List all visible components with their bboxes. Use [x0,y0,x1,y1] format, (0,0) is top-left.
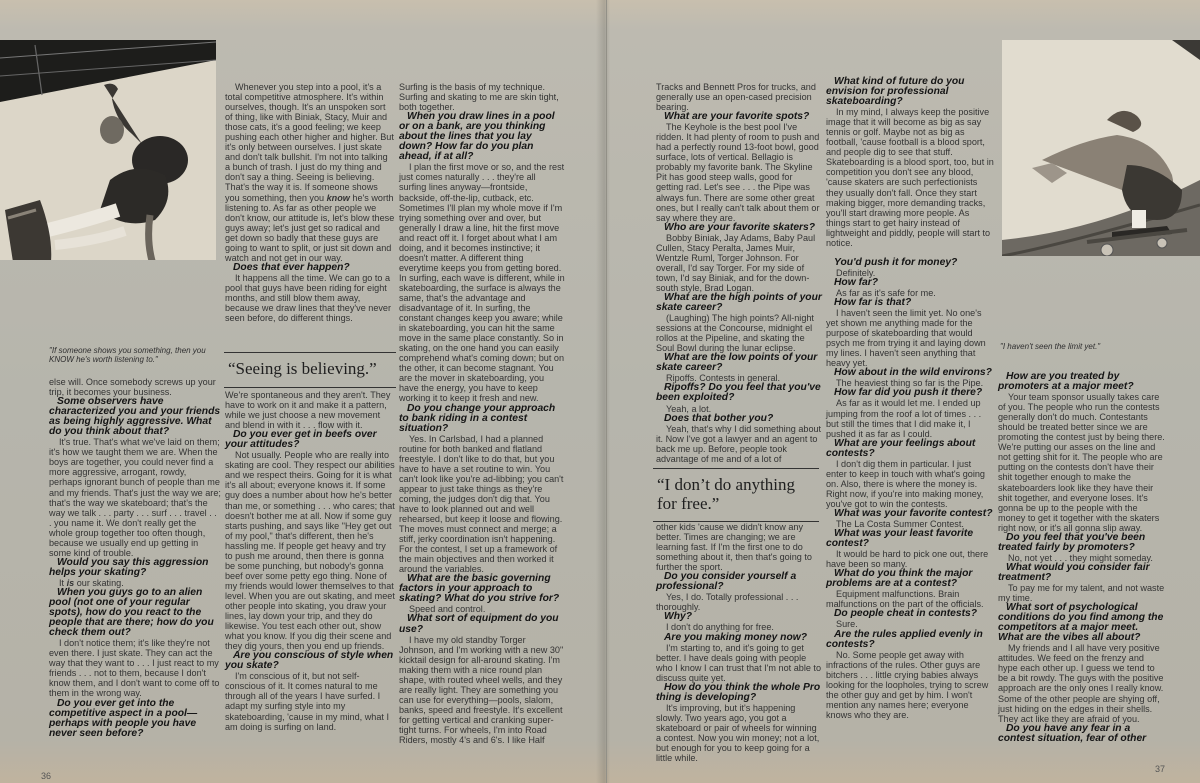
interview-question: Do you change your approach to bank ridi… [399,404,565,434]
interview-question: Does that bother you? [656,414,822,424]
page-number-left: 36 [41,771,51,781]
spine-gutter [596,0,610,783]
interview-question: Why? [656,612,822,622]
article-column-4-continued: other kids 'cause we didn't know any bet… [656,522,822,763]
interview-question: What are the basic governing factors in … [399,574,565,604]
interview-question: Are you making money now? [656,633,822,643]
interview-question: How far is that? [826,298,994,308]
interview-answer: I don't do anything for free. [656,622,822,632]
interview-question: Do you have any fear in a contest situat… [998,724,1166,744]
interview-question: Are the rules applied evenly in contests… [826,630,994,650]
interview-answer: I haven't seen the limit yet. No one's y… [826,308,994,368]
article-column-4: Tracks and Bennett Pros for trucks, and … [656,82,822,464]
interview-answer: My friends and I all have very positive … [998,643,1166,723]
interview-question: What would you consider fair treatment? [998,563,1166,583]
article-column-1: else will. Once somebody screws up your … [49,377,221,739]
interview-question: What are your favorite spots? [656,112,822,122]
interview-question: What sort of equipment do you use? [399,614,565,634]
interview-answer: Not usually. People who are really into … [225,450,395,651]
interview-question: How are you treated by promoters at a ma… [998,372,1166,392]
interview-question: When you draw lines in a pool or on a ba… [399,112,565,162]
interview-answer: Bobby Biniak, Jay Adams, Baby Paul Culle… [656,233,822,293]
interview-question: You'd push it for money? [826,258,994,268]
interview-question: How far? [826,278,994,288]
interview-answer: Whenever you step into a pool, it's a to… [225,82,395,263]
emphasis-text: know [327,193,350,203]
interview-question: What was your least favorite contest? [826,529,994,549]
interview-question: Do you ever get into the competitive asp… [49,699,221,739]
interview-answer: The Keyhole is the best pool I've ridden… [656,122,822,222]
answer-text: he's worth listening to. As far as other… [225,193,394,263]
interview-answer: It's improving, but it's happening slowl… [656,703,822,763]
pull-quote-dont-do-anything-for-free: “I don’t do anything for free.” [653,468,819,522]
interview-question: Ripoffs? Do you feel that you've been ex… [656,383,822,403]
paragraph: else will. Once somebody screws up your … [49,377,221,397]
interview-question: What sort of psychological conditions do… [998,603,1166,643]
pull-quote-text: “I don’t do anything for free.” [657,475,795,513]
interview-answer: Your team sponsor usually takes care of … [998,392,1166,533]
interview-answer: I'm starting to, and it's going to get b… [656,643,822,683]
interview-question: Do you consider yourself a professional? [656,572,822,592]
article-column-2: Whenever you step into a pool, it's a to… [225,82,395,323]
interview-question: What was your favorite contest? [826,509,994,519]
interview-question: Who are your favorite skaters? [656,223,822,233]
photo-skater-carving-pool [0,40,216,260]
pull-quote-seeing-is-believing: “Seeing is believing.” [224,352,396,388]
paragraph: Tracks and Bennett Pros for trucks, and … [656,82,822,112]
article-column-6: How are you treated by promoters at a ma… [998,372,1166,744]
interview-answer: No. Some people get away with infraction… [826,650,994,720]
answer-text: Whenever you step into a pool, it's a to… [225,82,394,203]
interview-question: How about in the wild environs? [826,368,994,378]
interview-question: Some observers have characterized you an… [49,397,221,437]
interview-answer: Yeah, that's why I did something about i… [656,424,822,464]
interview-question: What are your feelings about contests? [826,439,994,459]
interview-answer: Equipment malfunctions. Brain malfunctio… [826,589,994,609]
interview-answer: Yes. In Carlsbad, I had a planned routin… [399,434,565,575]
interview-question: Do you feel that you've been treated fai… [998,533,1166,553]
interview-question: How far did you push it there? [826,388,994,398]
interview-question: Do you ever get in beefs over your attit… [225,430,395,450]
interview-question: What kind of future do you envision for … [826,77,994,107]
interview-answer: I have my old standby Torger Johnson, an… [399,635,565,746]
interview-answer: I'm conscious of it, but not self-consci… [225,671,395,731]
interview-answer: I don't notice them; it's like they're n… [49,638,221,698]
interview-answer: other kids 'cause we didn't know any bet… [656,522,822,572]
interview-question: How do you think the whole Pro thing is … [656,683,822,703]
paragraph: Surfing is the basis of my technique. Su… [399,82,565,112]
interview-answer: To pay me for my talent, and not waste m… [998,583,1166,603]
interview-answer: I plan the first move or so, and the res… [399,162,565,403]
interview-answer: (Laughing) The high points? All-night se… [656,313,822,353]
interview-question: What are the high points of your skate c… [656,293,822,313]
photo-caption-right: "I haven't seen the limit yet." [1000,342,1198,351]
interview-question: Do people cheat in contests? [826,609,994,619]
interview-answer: It would be hard to pick one out, there … [826,549,994,569]
interview-question: What do you think the major problems are… [826,569,994,589]
photo-caption-left: "If someone shows you something, then yo… [49,346,219,364]
interview-answer: It's true. That's what we've laid on the… [49,437,221,558]
interview-answer: In my mind, I always keep the positive i… [826,107,994,248]
article-column-2-continued: We're spontaneous and they aren't. They … [225,390,395,732]
interview-question: When you guys go to an alien pool (not o… [49,588,221,638]
interview-answer: I don't dig them in particular. I just e… [826,459,994,509]
interview-answer: Yes, I do. Totally professional . . . th… [656,592,822,612]
pull-quote-text: “Seeing is believing.” [228,359,377,378]
interview-question: Does that ever happen? [225,263,395,273]
interview-question: Are you conscious of style when you skat… [225,651,395,671]
page-number-right: 37 [1155,764,1165,774]
interview-question: Would you say this aggression helps your… [49,558,221,578]
interview-question: What are the low points of your skate ca… [656,353,822,373]
interview-answer: We're spontaneous and they aren't. They … [225,390,395,430]
interview-answer: As far as it would let me. I ended up ju… [826,398,994,438]
article-column-5: What kind of future do you envision for … [826,77,994,720]
photo-skater-frontside-air [1002,40,1200,256]
interview-answer: It happens all the time. We can go to a … [225,273,395,323]
article-column-3: Surfing is the basis of my technique. Su… [399,82,565,745]
